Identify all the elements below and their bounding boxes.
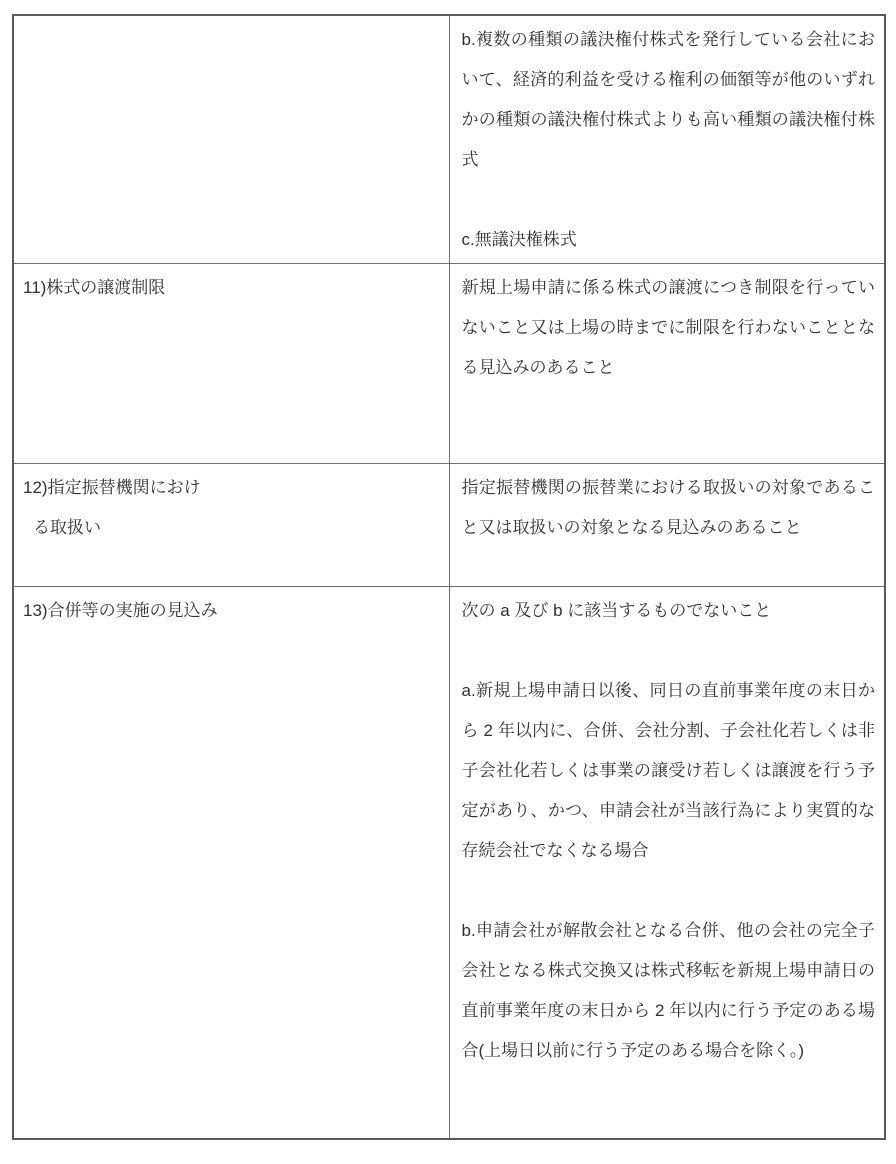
row-label-line: 12)指定振替機関におけ bbox=[23, 468, 441, 508]
listing-requirements-table: b.複数の種類の議決権付株式を発行している会社において、経済的利益を受ける権利の… bbox=[12, 14, 886, 1140]
row-label-line: 13)合併等の実施の見込み bbox=[23, 591, 441, 631]
row-label-cell: 11)株式の譲渡制限 bbox=[13, 263, 449, 463]
table-row: 11)株式の譲渡制限新規上場申請に係る株式の譲渡につき制限を行っていないこと又は… bbox=[13, 263, 885, 463]
row-content-cell: 新規上場申請に係る株式の譲渡につき制限を行っていないこと又は上場の時までに制限を… bbox=[449, 263, 885, 463]
row-label-cell bbox=[13, 15, 449, 263]
row-content-cell: 指定振替機関の振替業における取扱いの対象であること又は取扱いの対象となる見込みの… bbox=[449, 463, 885, 586]
row-label-line: 11)株式の譲渡制限 bbox=[23, 268, 441, 308]
cell-paragraph: 次の a 及び b に該当するものでないこと bbox=[462, 591, 876, 631]
cell-paragraph: 新規上場申請に係る株式の譲渡につき制限を行っていないこと又は上場の時までに制限を… bbox=[462, 268, 876, 388]
cell-paragraph: b.複数の種類の議決権付株式を発行している会社において、経済的利益を受ける権利の… bbox=[462, 20, 876, 180]
table-row: 13)合併等の実施の見込み次の a 及び b に該当するものでないことa.新規上… bbox=[13, 586, 885, 1139]
row-content-cell: 次の a 及び b に該当するものでないことa.新規上場申請日以後、同日の直前事… bbox=[449, 586, 885, 1139]
row-label-cell: 13)合併等の実施の見込み bbox=[13, 586, 449, 1139]
cell-paragraph: b.申請会社が解散会社となる合併、他の会社の完全子会社となる株式交換又は株式移転… bbox=[462, 911, 876, 1071]
cell-paragraph: c.無議決権株式 bbox=[462, 220, 876, 260]
row-label-cell: 12)指定振替機関における取扱い bbox=[13, 463, 449, 586]
cell-paragraph: 指定振替機関の振替業における取扱いの対象であること又は取扱いの対象となる見込みの… bbox=[462, 468, 876, 548]
cell-paragraph: a.新規上場申請日以後、同日の直前事業年度の末日から 2 年以内に、合併、会社分… bbox=[462, 671, 876, 871]
table-row: 12)指定振替機関における取扱い指定振替機関の振替業における取扱いの対象であるこ… bbox=[13, 463, 885, 586]
row-label-line: る取扱い bbox=[23, 508, 441, 548]
row-content-cell: b.複数の種類の議決権付株式を発行している会社において、経済的利益を受ける権利の… bbox=[449, 15, 885, 263]
table-body: b.複数の種類の議決権付株式を発行している会社において、経済的利益を受ける権利の… bbox=[13, 15, 885, 1139]
table-row: b.複数の種類の議決権付株式を発行している会社において、経済的利益を受ける権利の… bbox=[13, 15, 885, 263]
